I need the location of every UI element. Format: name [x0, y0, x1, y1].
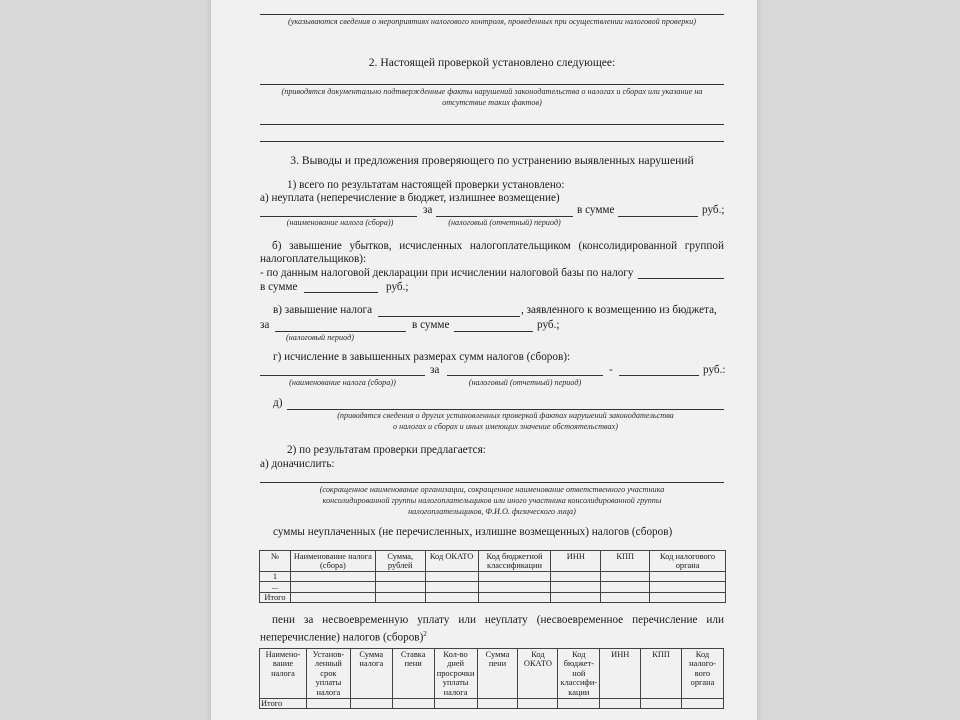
blank-tax-v — [378, 316, 520, 317]
penalties-table: Наимено-вание налога Установ-ленный срок… — [259, 648, 724, 709]
col-tax-authority: Код налого-вого органа — [682, 649, 724, 699]
item-b-text: б) завышение убытков, исчисленных налого… — [260, 240, 724, 253]
item-v-text: в) завышение налога — [273, 304, 372, 317]
note-tax-name-g: (наименование налога (сбора)) — [260, 377, 425, 388]
section-3-title: 3. Выводы и предложения проверяющего по … — [260, 154, 724, 167]
table-row: ... — [260, 582, 726, 592]
item-2-title: 2) по результатам проверки предлагается: — [287, 444, 486, 457]
label-sum-v: в сумме — [412, 319, 449, 332]
note-findings: (приводятся документально подтвержденные… — [262, 86, 722, 108]
col-due-date: Установ-ленный срок уплаты налога — [306, 649, 350, 699]
note-control-measures: (указываются сведения о мероприятиях нал… — [262, 16, 722, 27]
item-g-text: г) исчисление в завышенных размерах сумм… — [273, 351, 570, 364]
col-okato: Код ОКАТО — [518, 649, 558, 699]
col-number: № — [260, 551, 291, 572]
table-row: 1 — [260, 571, 726, 581]
item-b-text-2: налогоплательщиков): — [260, 253, 366, 266]
blank-line-control-measures — [260, 14, 724, 15]
blank-tax-b — [638, 278, 724, 279]
label-sum-b: в сумме — [260, 281, 297, 294]
item-a-title: а) неуплата (неперечисление в бюджет, из… — [260, 192, 560, 205]
penalty-title-2: неперечисление) налогов (сборов)2 — [260, 628, 427, 645]
blank-line-findings — [260, 84, 724, 85]
note-other-facts: (приводятся сведения о других установлен… — [287, 410, 724, 432]
label-za-v: за — [260, 319, 269, 332]
label-rub-v: руб.; — [537, 319, 560, 332]
unpaid-taxes-table: № Наименование налога (сбора) Сумма, руб… — [259, 550, 726, 603]
section-2-title: 2. Настоящей проверкой установлено следу… — [260, 56, 724, 69]
table-total-row: Итого — [260, 592, 726, 602]
label-rub-a: руб.; — [702, 204, 725, 217]
col-tax-authority: Код налогового органа — [650, 551, 726, 572]
table-header-row: Наимено-вание налога Установ-ленный срок… — [260, 649, 724, 699]
label-za-a: за — [423, 204, 432, 217]
label-za-g: за — [430, 364, 439, 377]
blank-tax-name-g — [260, 375, 425, 376]
col-inn: ИНН — [600, 649, 641, 699]
label-rub-b: руб.; — [386, 281, 409, 294]
footnote-marker: 2 — [423, 630, 427, 638]
col-penalty-rate: Ставка пени — [392, 649, 434, 699]
item-b-declaration: - по данным налоговой декларации при исч… — [260, 267, 633, 280]
col-inn: ИНН — [551, 551, 601, 572]
note-period-v: (налоговый период) — [275, 332, 365, 343]
blank-amount-a — [618, 216, 698, 217]
blank-amount-g — [619, 375, 699, 376]
col-amount: Сумма, рублей — [375, 551, 425, 572]
sums-title: суммы неуплаченных (не перечисленных, из… — [273, 526, 672, 539]
col-tax-name: Наименование налога (сбора) — [290, 551, 375, 572]
note-organization: (сокращенное наименование организации, с… — [260, 484, 724, 517]
col-tax-amount: Сумма налога — [350, 649, 392, 699]
label-dash-g: - — [609, 364, 613, 377]
blank-period-g — [447, 375, 603, 376]
note-period-g: (налоговый (отчетный) период) — [447, 377, 603, 388]
blank-amount-b — [304, 292, 378, 293]
item-1-title: 1) всего по результатам настоящей провер… — [287, 179, 565, 192]
note-tax-name-a: (наименование налога (сбора)) — [260, 217, 420, 228]
label-rub-g: руб.: — [703, 364, 726, 377]
col-overdue-days: Кол-во дней просрочки уплаты налога — [434, 649, 477, 699]
item-d-label: д) — [273, 397, 282, 410]
item-v-tail: , заявленного к возмещению из бюджета, — [521, 304, 717, 317]
col-penalty-amount: Сумма пени — [477, 649, 518, 699]
blank-line-findings-2 — [260, 124, 724, 125]
table-header-row: № Наименование налога (сбора) Сумма, руб… — [260, 551, 726, 572]
col-budget-code: Код бюджет-ной классифи-кации — [558, 649, 600, 699]
note-period-a: (налоговый (отчетный) период) — [436, 217, 573, 228]
table-total-row: Итого — [260, 699, 724, 709]
penalty-title: пени за несвоевременную уплату или неупл… — [260, 614, 724, 627]
blank-organization — [260, 482, 724, 483]
blank-amount-v — [454, 331, 533, 332]
col-kpp: КПП — [641, 649, 682, 699]
col-tax-name: Наимено-вание налога — [260, 649, 307, 699]
item-2-a: а) доначислить: — [260, 458, 335, 471]
col-okato: Код ОКАТО — [425, 551, 478, 572]
col-kpp: КПП — [601, 551, 650, 572]
col-budget-code: Код бюджетной классификации — [478, 551, 551, 572]
blank-line-findings-3 — [260, 141, 724, 142]
label-sum-a: в сумме — [577, 204, 614, 217]
